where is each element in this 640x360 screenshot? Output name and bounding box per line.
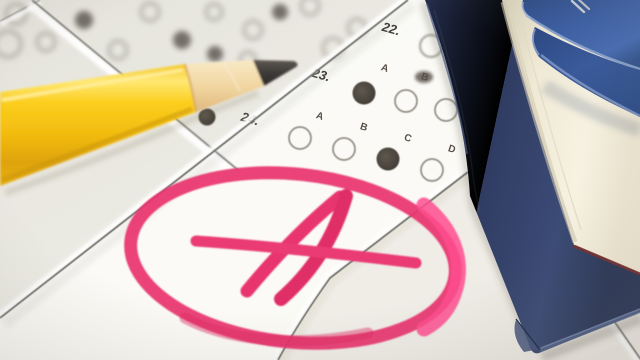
vignette-overlay (0, 0, 640, 360)
graded-test-photo: 22.23.ABCD24.ABCD A (0, 0, 640, 360)
photo-canvas: 22.23.ABCD24.ABCD A (0, 0, 640, 360)
